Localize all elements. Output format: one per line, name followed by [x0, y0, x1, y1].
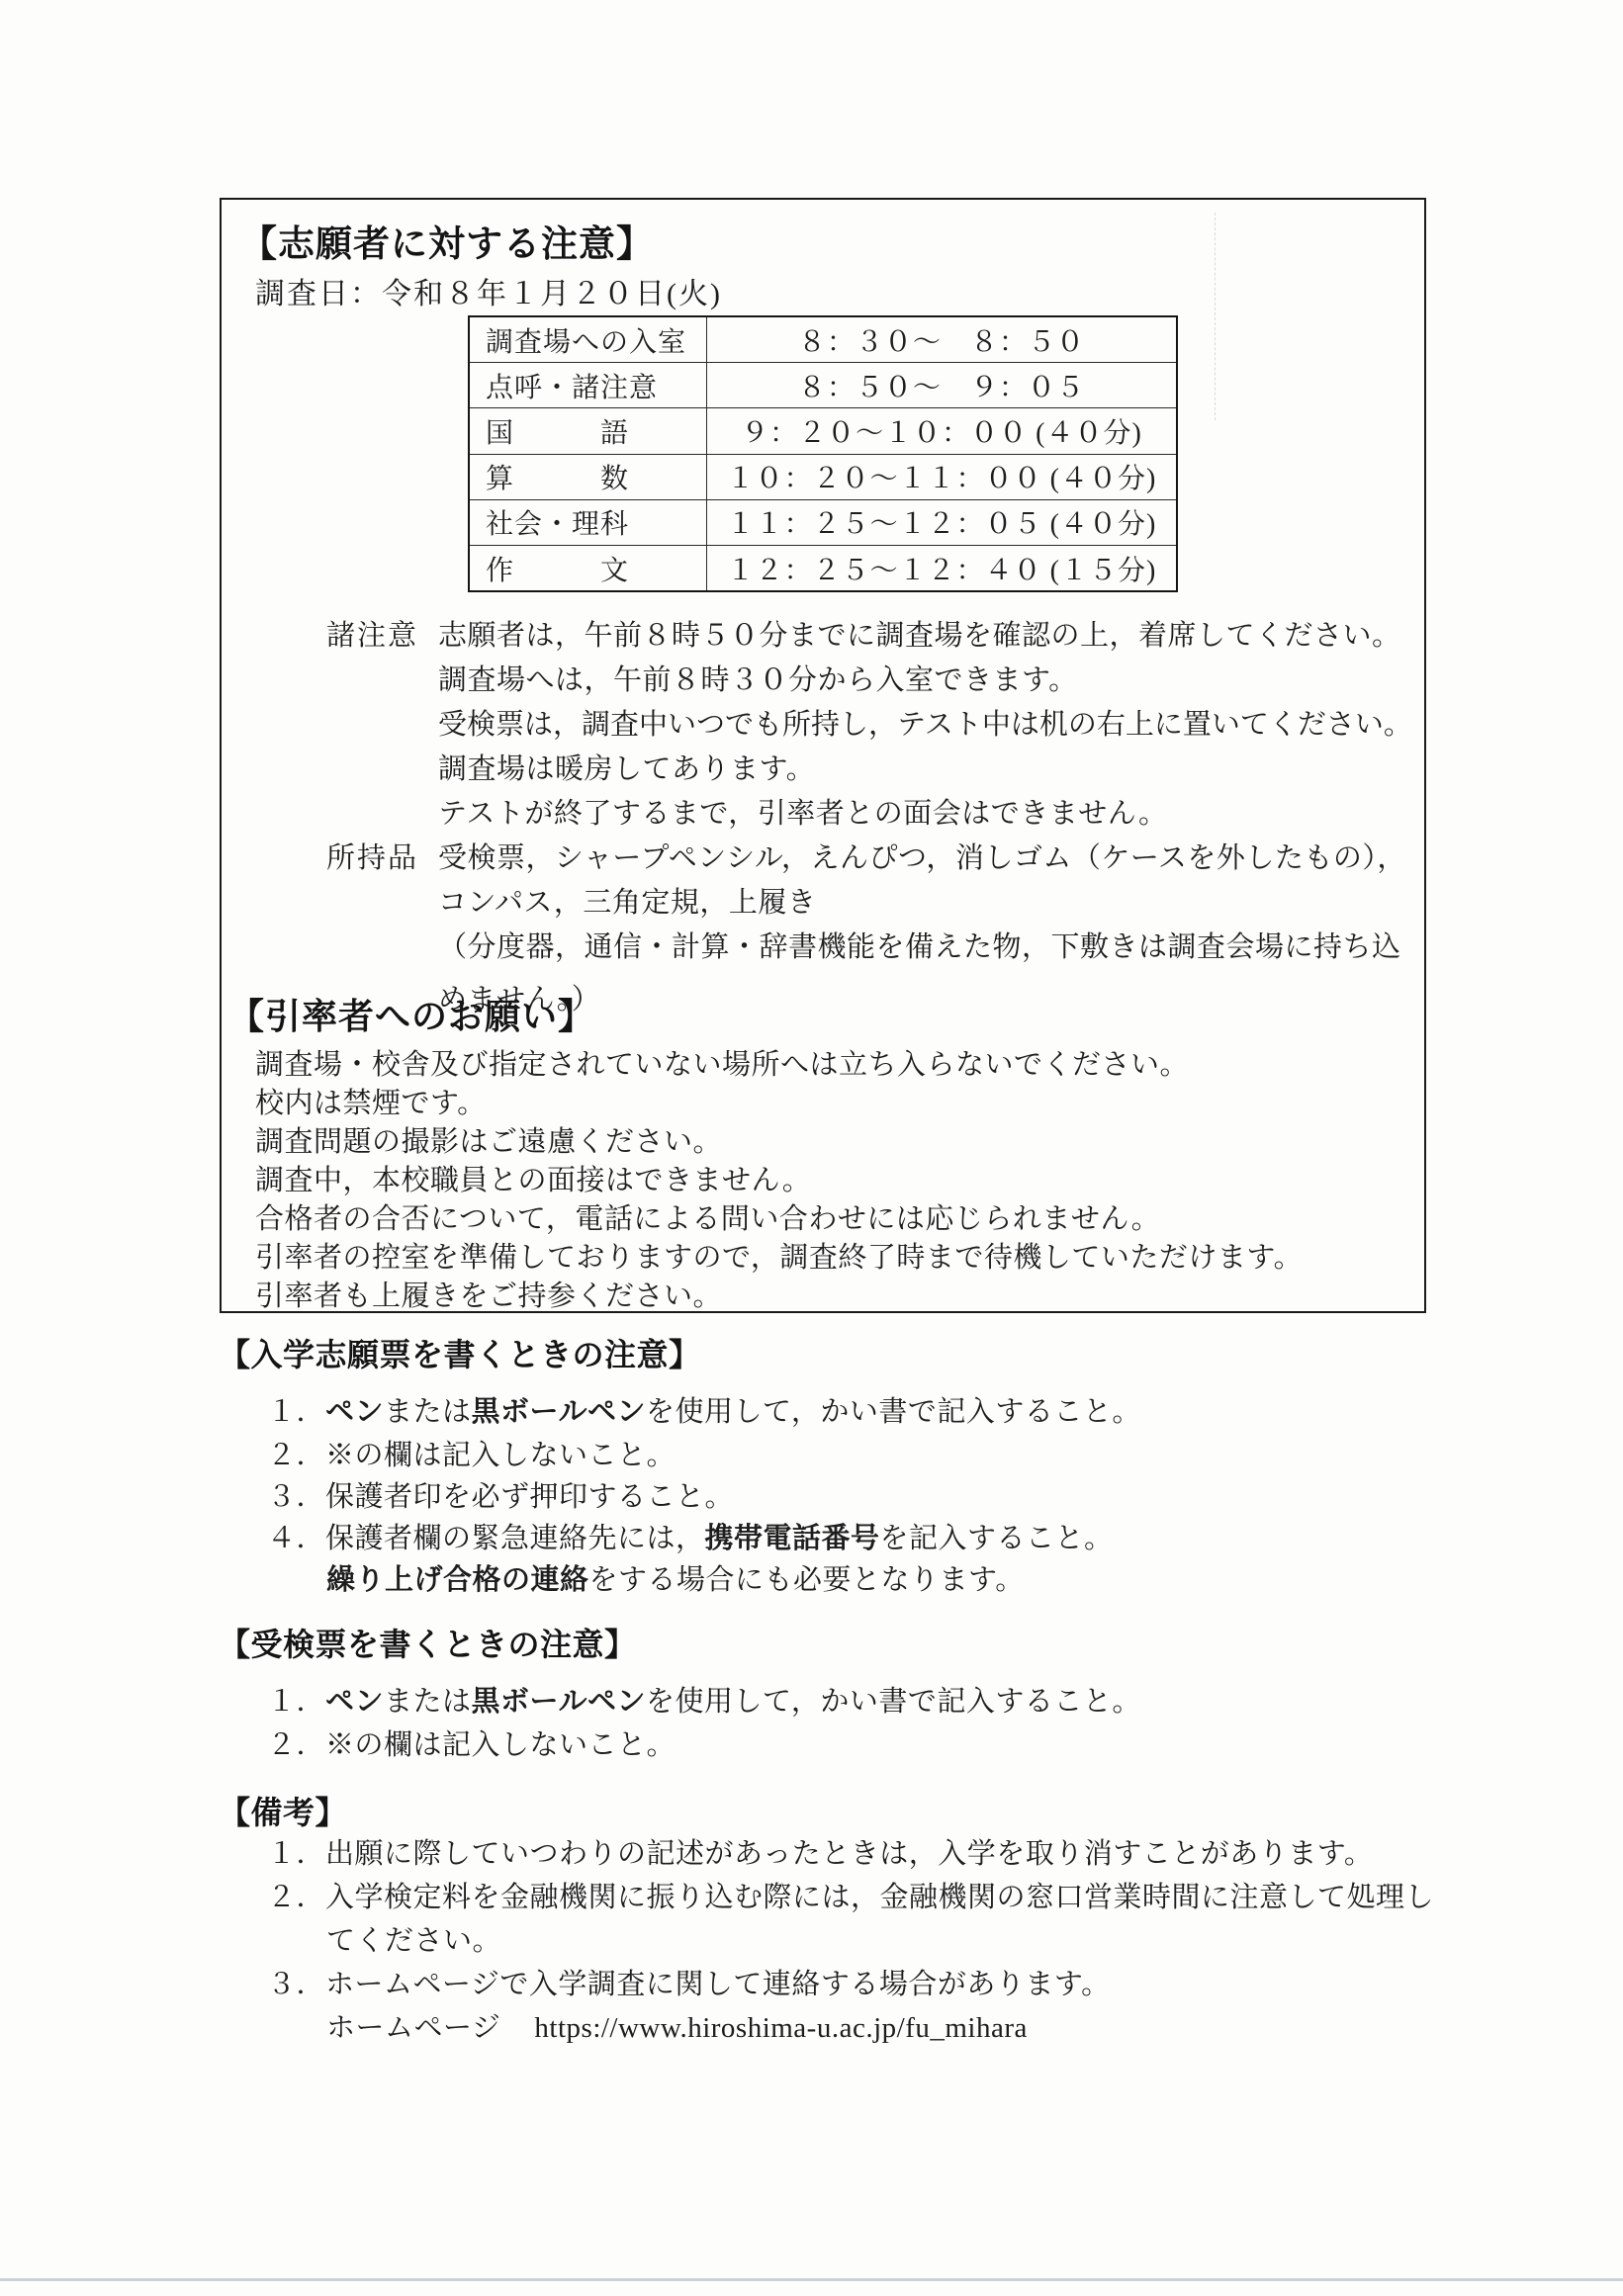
item-text: 保護者欄の緊急連絡先には，	[325, 1523, 705, 1554]
remarks-heading: 【備考】	[219, 1788, 347, 1833]
schedule-label-cell: 算 数	[470, 455, 707, 499]
item-number: ４．	[267, 1516, 325, 1556]
schedule-label-cell: 国 語	[470, 408, 707, 453]
schedule-label-cell: 点呼・諸注意	[470, 363, 707, 407]
scan-artifact-vertical	[1215, 213, 1217, 420]
chaperone-section-title: 【引率者へのお願い】	[228, 989, 594, 1039]
schedule-time-cell: ８：３０～ ８：５０	[707, 320, 1176, 360]
note-line: 志願者は，午前８時５０分までに調査場を確認の上，着席してください。	[438, 613, 1401, 654]
ticket-notice-heading: 【受検票を書くときの注意】	[219, 1620, 637, 1665]
notes-label: 諸注意	[326, 613, 418, 654]
item-text: ※の欄は記入しないこと。	[325, 1440, 676, 1471]
item-text: 入学検定料を金融機関に振り込む際には，金融機関の窓口営業時間に注意して処理し	[325, 1882, 1434, 1913]
schedule-time-cell: １１：２５～１２：０５ (４０分)	[707, 502, 1176, 542]
item-text: または	[384, 1396, 472, 1428]
schedule-label-cell: 作 文	[470, 546, 707, 590]
table-row: 算 数 １０：２０～１１：００ (４０分)	[470, 455, 1176, 500]
table-row: 調査場への入室 ８：３０～ ８：５０	[470, 317, 1176, 363]
schedule-label-cell: 社会・理科	[470, 500, 707, 545]
homepage-url: https://www.hiroshima-u.ac.jp/fu_mihara	[534, 2012, 1027, 2044]
list-item: ３．保護者印を必ず押印すること。	[267, 1474, 734, 1515]
form-notice-heading: 【入学志願票を書くときの注意】	[219, 1330, 701, 1375]
item-text: を使用して，かい書で記入すること。	[646, 1396, 1141, 1428]
table-row: 国 語 ９：２０～１０：００ (４０分)	[470, 408, 1176, 454]
table-row: 社会・理科 １１：２５～１２：０５ (４０分)	[470, 500, 1176, 546]
note-line: 受検票は，調査中いつでも所持し，テスト中は机の右上に置いてください。	[438, 702, 1412, 743]
item-text: を記入すること。	[880, 1523, 1114, 1554]
emphasis-text: 黒ボールペン	[472, 1686, 646, 1718]
exam-date: 調査日：令和８年１月２０日(火)	[255, 269, 722, 312]
list-item: ２．※の欄は記入しないこと。	[267, 1433, 676, 1473]
item-text: または	[384, 1686, 472, 1718]
list-item: ３．ホームページで入学調査に関して連絡する場合があります。	[267, 1962, 1111, 2002]
chaperone-line: 引率者の控室を準備しておりますので，調査終了時まで待機していただけます。	[255, 1235, 1303, 1276]
list-item: １．ペンまたは黒ボールペンを使用して，かい書で記入すること。	[267, 1679, 1141, 1720]
applicant-section-title: 【志願者に対する注意】	[240, 214, 654, 267]
emphasis-text: 黒ボールペン	[472, 1396, 646, 1428]
item-number: ３．	[267, 1474, 325, 1515]
item-text: 保護者印を必ず押印すること。	[325, 1481, 734, 1513]
schedule-time-cell: ９：２０～１０：００ (４０分)	[707, 411, 1176, 451]
chaperone-line: 調査中，本校職員との面接はできません。	[255, 1158, 811, 1198]
item-number: １．	[267, 1831, 325, 1872]
note-line: 調査場へは，午前８時３０分から入室できます。	[438, 658, 1078, 698]
chaperone-line: 校内は禁煙です。	[255, 1081, 487, 1121]
list-item-continuation: 繰り上げ合格の連絡をする場合にも必要となります。	[326, 1557, 1025, 1598]
item-text: ホームページで入学調査に関して連絡する場合があります。	[325, 1969, 1111, 2000]
note-line: テストが終了するまで，引率者との面会はできません。	[438, 791, 1168, 832]
chaperone-line: 合格者の合否について，電話による問い合わせには応じられません。	[255, 1196, 1160, 1237]
item-number: ２．	[267, 1875, 325, 1915]
schedule-time-cell: ８：５０～ ９：０５	[707, 366, 1176, 405]
homepage-label: ホームページ	[326, 2012, 500, 2044]
table-row: 作 文 １２：２５～１２：４０ (１５分)	[470, 546, 1176, 590]
chaperone-line: 引率者も上履きをご持参ください。	[255, 1274, 722, 1314]
item-text: をする場合にも必要となります。	[589, 1564, 1025, 1596]
schedule-time-cell: １０：２０～１１：００ (４０分)	[707, 457, 1176, 496]
item-text: ※の欄は記入しないこと。	[325, 1729, 676, 1761]
item-text: を使用して，かい書で記入すること。	[646, 1686, 1141, 1718]
emphasis-text: ペン	[325, 1686, 384, 1718]
list-item: ２．※の欄は記入しないこと。	[267, 1722, 676, 1763]
document-page: 【志願者に対する注意】 調査日：令和８年１月２０日(火) 調査場への入室 ８：３…	[0, 0, 1623, 2296]
item-number: ３．	[267, 1962, 325, 2002]
item-text: 出願に際していつわりの記述があったときは，入学を取り消すことがあります。	[325, 1838, 1373, 1870]
emphasis-text: 携帯電話番号	[705, 1523, 880, 1554]
list-item: ４．保護者欄の緊急連絡先には，携帯電話番号を記入すること。	[267, 1516, 1114, 1556]
chaperone-line: 調査場・校舎及び指定されていない場所へは立ち入らないでください。	[255, 1042, 1189, 1083]
item-number: ２．	[267, 1433, 325, 1473]
belongings-label: 所持品	[326, 836, 418, 876]
schedule-table: 調査場への入室 ８：３０～ ８：５０ 点呼・諸注意 ８：５０～ ９：０５ 国 語…	[468, 315, 1178, 592]
note-line: 調査場は暖房してあります。	[438, 747, 815, 787]
emphasis-text: 繰り上げ合格の連絡	[326, 1564, 589, 1596]
list-item: ２．入学検定料を金融機関に振り込む際には，金融機関の窓口営業時間に注意して処理し	[267, 1875, 1434, 1915]
scan-artifact-line	[0, 2278, 1623, 2281]
belongings-line: （分度器，通信・計算・辞書機能を備えた物，下敷きは調査会場に持ち込	[438, 925, 1401, 965]
schedule-label-cell: 調査場への入室	[470, 317, 707, 362]
item-number: １．	[267, 1679, 325, 1720]
chaperone-line: 調査問題の撮影はご遠慮ください。	[255, 1119, 722, 1160]
homepage-line: ホームページhttps://www.hiroshima-u.ac.jp/fu_m…	[326, 2005, 1028, 2046]
schedule-time-cell: １２：２５～１２：４０ (１５分)	[707, 549, 1176, 588]
belongings-line: コンパス，三角定規，上履き	[438, 880, 816, 921]
table-row: 点呼・諸注意 ８：５０～ ９：０５	[470, 363, 1176, 408]
item-number: １．	[267, 1389, 325, 1430]
belongings-line: 受検票，シャープペンシル，えんぴつ，消しゴム（ケースを外したもの），	[438, 836, 1406, 876]
list-item: １．出願に際していつわりの記述があったときは，入学を取り消すことがあります。	[267, 1831, 1373, 1872]
list-item: １．ペンまたは黒ボールペンを使用して，かい書で記入すること。	[267, 1389, 1141, 1430]
emphasis-text: ペン	[325, 1396, 384, 1428]
list-item-continuation: てください。	[326, 1918, 501, 1959]
item-number: ２．	[267, 1722, 325, 1763]
